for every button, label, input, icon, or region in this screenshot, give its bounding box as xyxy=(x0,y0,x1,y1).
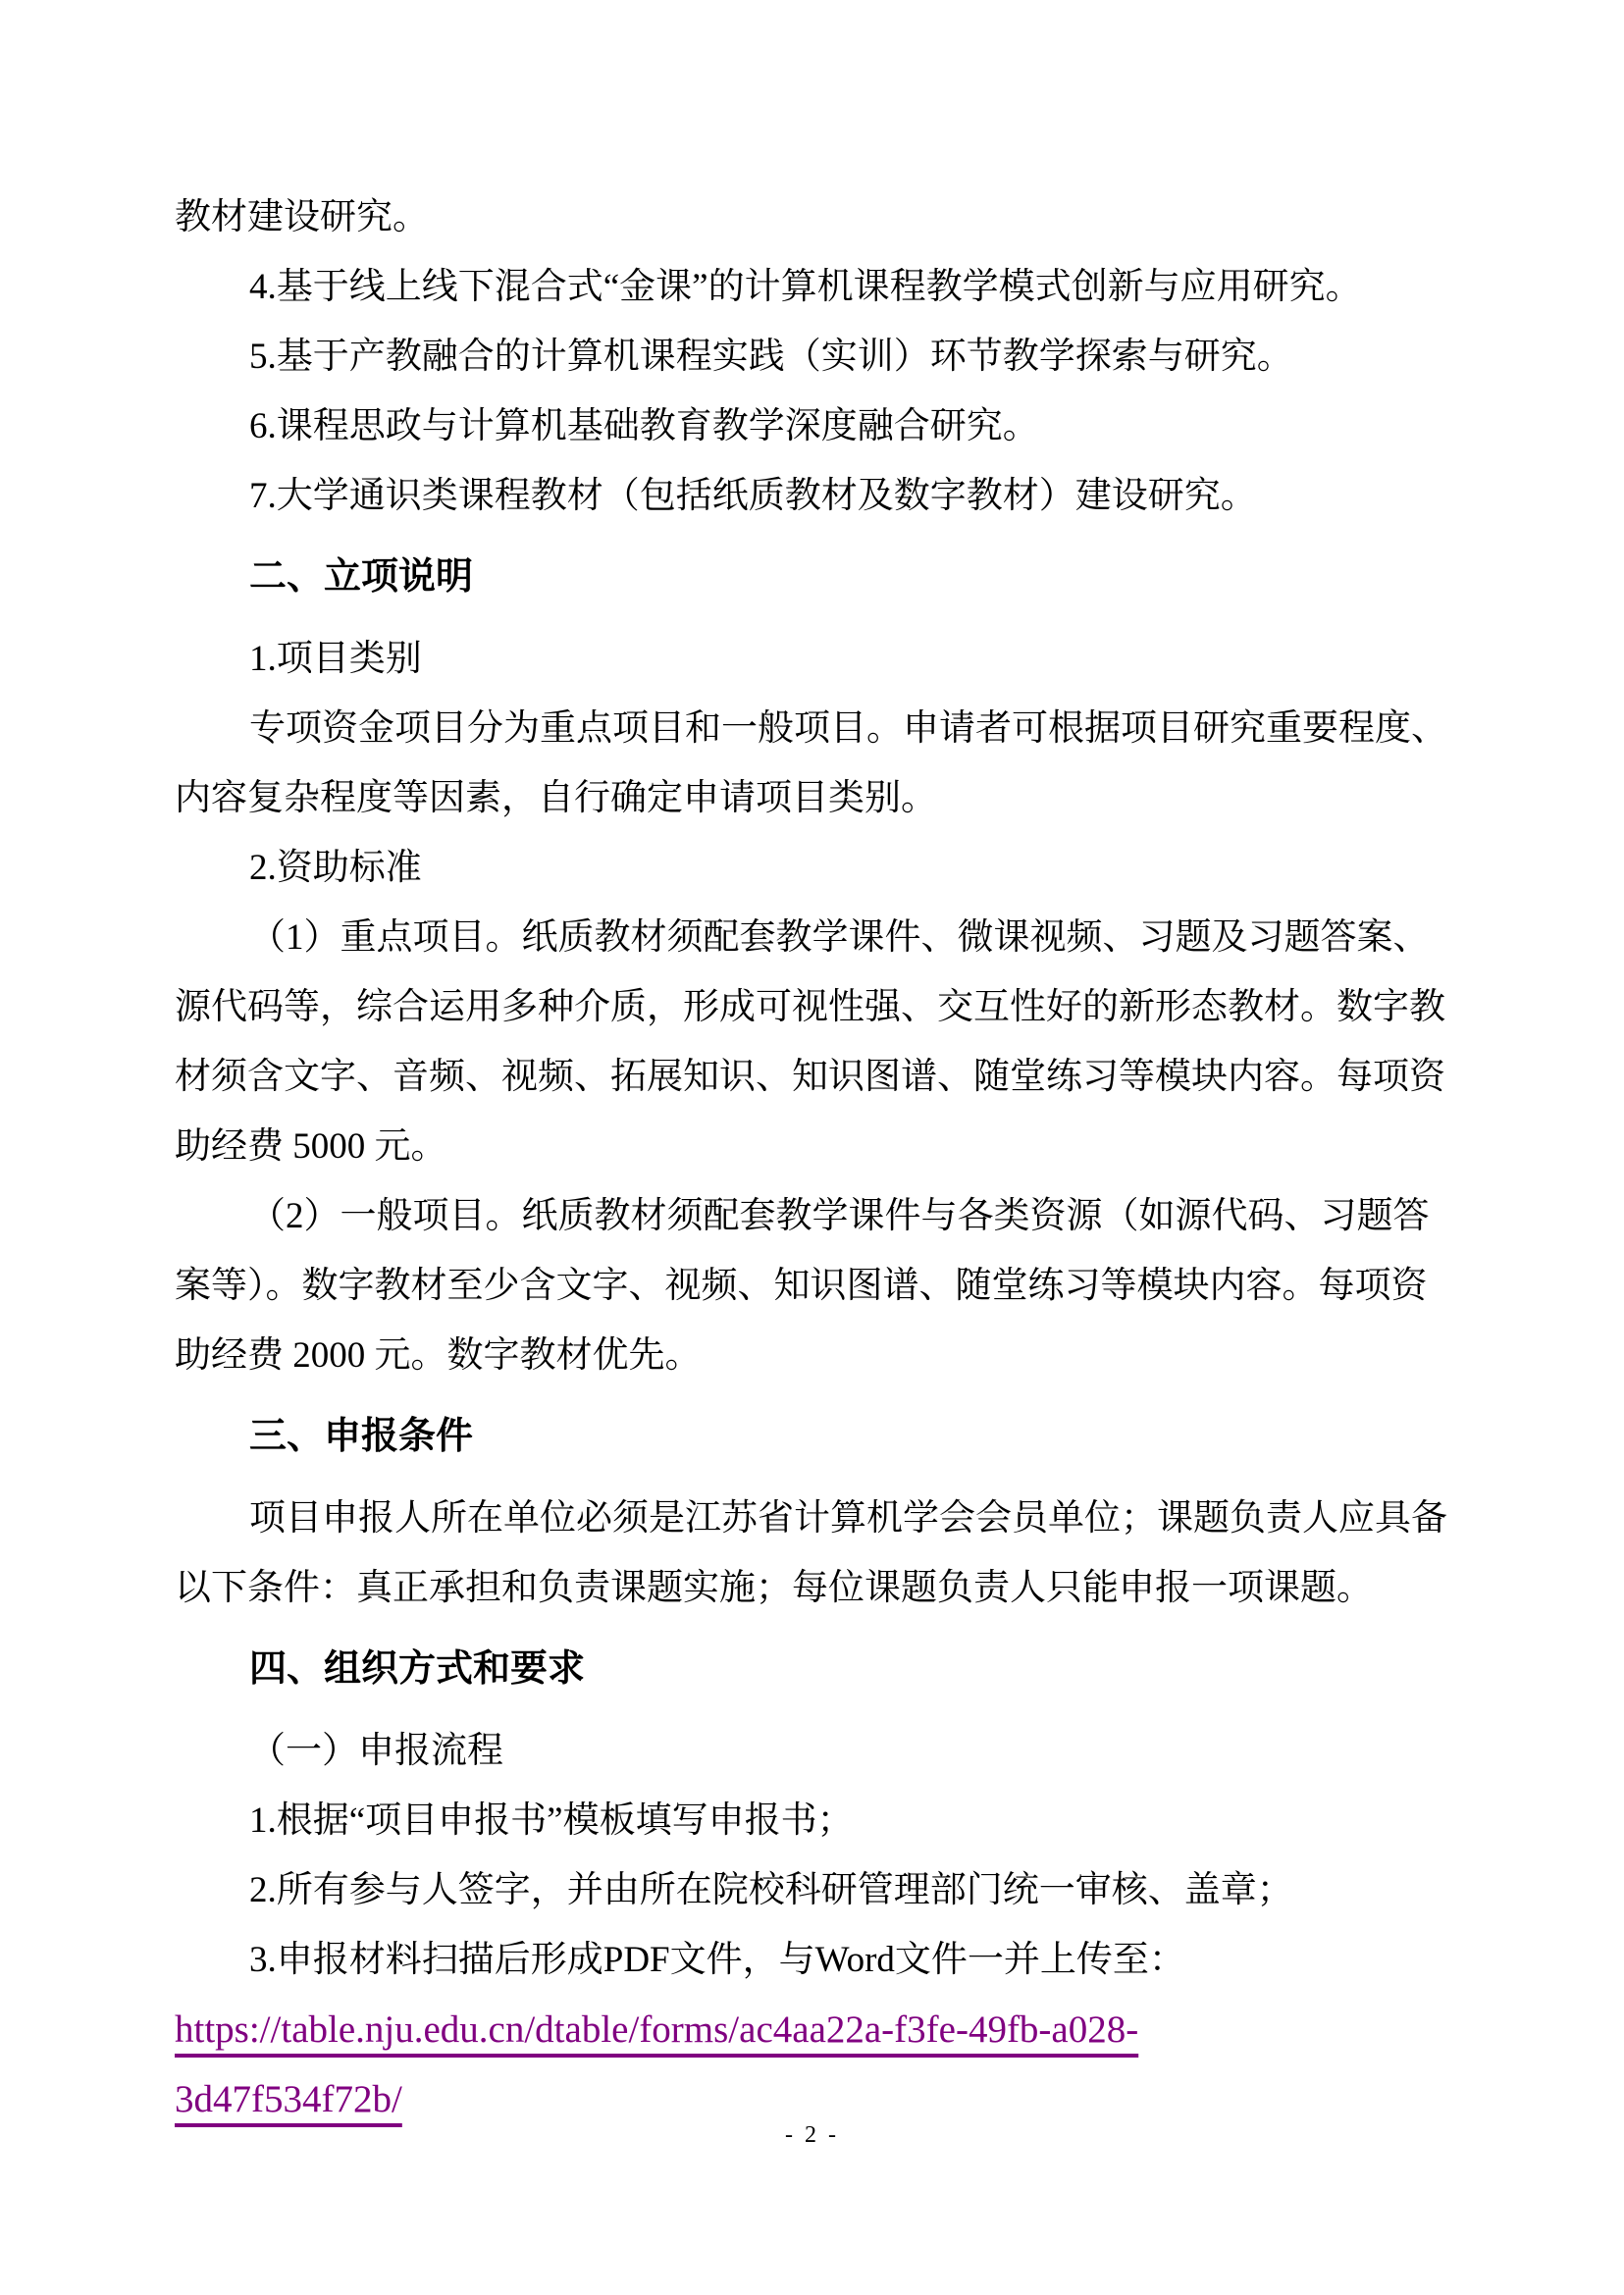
section-heading-3: 三、申报条件 xyxy=(175,1402,1449,1472)
paragraph-line: 项目申报人所在单位必须是江苏省计算机学会会员单位；课题负责人应具备 xyxy=(175,1484,1449,1553)
paragraph-line: 专项资金项目分为重点项目和一般项目。申请者可根据项目研究重要程度、 xyxy=(175,694,1449,763)
subsection-application-process: （一）申报流程 xyxy=(175,1716,1449,1786)
document-body: 教材建设研究。 4.基于线上线下混合式“金课”的计算机课程教学模式创新与应用研究… xyxy=(175,183,1449,2134)
paragraph-line: （1）重点项目。纸质教材须配套教学课件、微课视频、习题及习题答案、 xyxy=(175,903,1449,972)
section-heading-4: 四、组织方式和要求 xyxy=(175,1635,1449,1704)
page-number: - 2 - xyxy=(0,2122,1624,2149)
paragraph-continuation: 教材建设研究。 xyxy=(175,183,1449,252)
paragraph-line: 材须含文字、音频、视频、拓展知识、知识图谱、随堂练习等模块内容。每项资 xyxy=(175,1042,1449,1112)
process-step-3: 3.申报材料扫描后形成PDF文件，与Word文件一并上传至： xyxy=(175,1925,1449,1995)
subitem-2-funding-standard: 2.资助标准 xyxy=(175,833,1449,903)
process-step-2: 2.所有参与人签字，并由所在院校科研管理部门统一审核、盖章； xyxy=(175,1855,1449,1925)
section-heading-2: 二、立项说明 xyxy=(175,543,1449,612)
list-item-5: 5.基于产教融合的计算机课程实践（实训）环节教学探索与研究。 xyxy=(175,322,1449,391)
process-step-1: 1.根据“项目申报书”模板填写申报书； xyxy=(175,1786,1449,1855)
paragraph-line: 助经费 5000 元。 xyxy=(175,1112,1449,1181)
paragraph-line: 内容复杂程度等因素，自行确定申请项目类别。 xyxy=(175,763,1449,833)
list-item-7: 7.大学通识类课程教材（包括纸质教材及数字教材）建设研究。 xyxy=(175,461,1449,531)
subitem-1-project-category: 1.项目类别 xyxy=(175,624,1449,694)
paragraph-line: 助经费 2000 元。数字教材优先。 xyxy=(175,1321,1449,1390)
upload-url-link-line-1[interactable]: https://table.nju.edu.cn/dtable/forms/ac… xyxy=(175,1995,1449,2064)
paragraph-line: （2）一般项目。纸质教材须配套教学课件与各类资源（如源代码、习题答 xyxy=(175,1181,1449,1251)
list-item-6: 6.课程思政与计算机基础教育教学深度融合研究。 xyxy=(175,391,1449,461)
paragraph-line: 案等）。数字教材至少含文字、视频、知识图谱、随堂练习等模块内容。每项资 xyxy=(175,1251,1449,1321)
paragraph-line: 源代码等，综合运用多种介质，形成可视性强、交互性好的新形态教材。数字教 xyxy=(175,972,1449,1042)
paragraph-line: 以下条件：真正承担和负责课题实施；每位课题负责人只能申报一项课题。 xyxy=(175,1553,1449,1623)
list-item-4: 4.基于线上线下混合式“金课”的计算机课程教学模式创新与应用研究。 xyxy=(175,252,1449,322)
document-page: 教材建设研究。 4.基于线上线下混合式“金课”的计算机课程教学模式创新与应用研究… xyxy=(0,0,1624,2295)
